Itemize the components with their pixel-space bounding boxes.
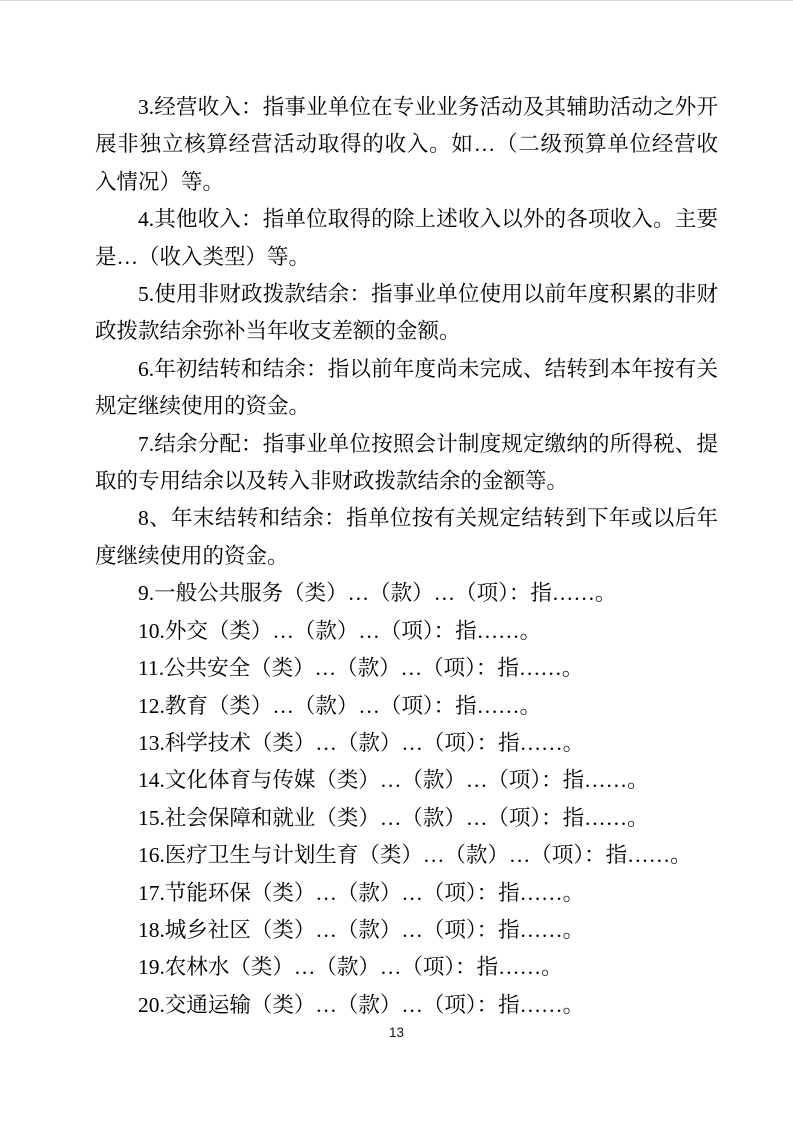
paragraph-item-19: 19.农林水（类）…（款）…（项）：指……。 (95, 949, 718, 986)
paragraph-item-10: 10.外交（类）…（款）…（项）：指……。 (95, 613, 718, 650)
paragraph-item-8: 8、年末结转和结余：指单位按有关规定结转到下年或以后年度继续使用的资金。 (95, 500, 718, 575)
paragraph-item-4: 4.其他收入：指单位取得的除上述收入以外的各项收入。主要是…（收入类型）等。 (95, 201, 718, 276)
paragraph-item-15: 15.社会保障和就业（类）…（款）…（项）：指……。 (95, 800, 718, 837)
paragraph-item-3: 3.经营收入：指事业单位在专业业务活动及其辅助活动之外开展非独立核算经营活动取得… (95, 89, 718, 201)
paragraph-item-5: 5.使用非财政拨款结余：指事业单位使用以前年度积累的非财政拨款结余弥补当年收支差… (95, 276, 718, 351)
paragraph-item-13: 13.科学技术（类）…（款）…（项）：指……。 (95, 725, 718, 762)
paragraph-item-7: 7.结余分配：指事业单位按照会计制度规定缴纳的所得税、提取的专用结余以及转入非财… (95, 426, 718, 501)
paragraph-item-18: 18.城乡社区（类）…（款）…（项）：指……。 (95, 912, 718, 949)
paragraph-item-11: 11.公共安全（类）…（款）…（项）：指……。 (95, 650, 718, 687)
document-page: 3.经营收入：指事业单位在专业业务活动及其辅助活动之外开展非独立核算经营活动取得… (0, 0, 793, 1122)
paragraph-item-14: 14.文化体育与传媒（类）…（款）…（项）：指……。 (95, 762, 718, 799)
paragraph-item-12: 12.教育（类）…（款）…（项）：指……。 (95, 688, 718, 725)
document-body: 3.经营收入：指事业单位在专业业务活动及其辅助活动之外开展非独立核算经营活动取得… (95, 89, 718, 1024)
page-number: 13 (0, 1025, 793, 1040)
paragraph-item-9: 9.一般公共服务（类）…（款）…（项）：指……。 (95, 575, 718, 612)
paragraph-item-17: 17.节能环保（类）…（款）…（项）：指……。 (95, 875, 718, 912)
paragraph-item-6: 6.年初结转和结余：指以前年度尚未完成、结转到本年按有关规定继续使用的资金。 (95, 351, 718, 426)
paragraph-item-20: 20.交通运输（类）…（款）…（项）：指……。 (95, 987, 718, 1024)
paragraph-item-16: 16.医疗卫生与计划生育（类）…（款）…（项）：指……。 (95, 837, 718, 874)
